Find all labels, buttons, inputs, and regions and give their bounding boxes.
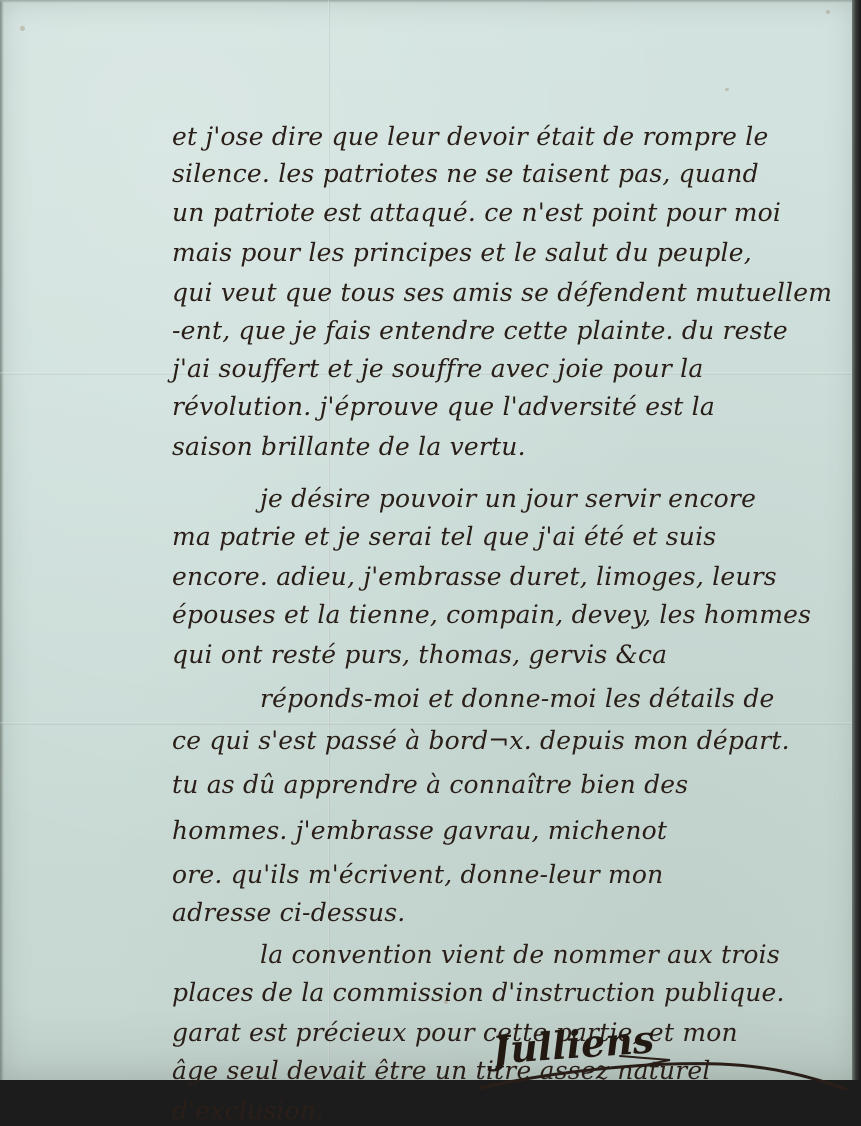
letter-line: mais pour les principes et le salut du p… [172,238,752,268]
letter-line: révolution. j'éprouve que l'adversité es… [172,392,715,422]
horizontal-fold-crease-lower [0,722,856,725]
letter-line: ce qui s'est passé à bord¬x. depuis mon … [172,726,790,756]
letter-page: et j'ose dire que leur devoir était de r… [0,0,856,1080]
paper-top-edge [0,0,856,3]
letter-line: encore. adieu, j'embrasse duret, limoges… [172,562,777,592]
letter-line: la con­vention vient de nommer aux trois [260,940,780,970]
letter-line: tu as dû apprendre à connaître bien des [172,770,688,800]
letter-line: -ent, que je fais entendre cette plainte… [172,316,788,346]
letter-line: un patriote est attaqué. ce n'est point … [172,198,781,228]
letter-line: hommes. j'embrasse gavrau, michenot [172,816,667,846]
letter-line: places de la commission d'instruction pu… [172,978,785,1008]
letter-line: réponds-moi et donne-moi les détails de [260,684,775,714]
letter-line: j'ai souffert et je souffre avec joie po… [172,354,703,384]
letter-line: et j'ose dire que leur devoir était de r… [172,122,769,152]
letter-line: qui ont resté purs, thomas, gervis &ca [172,640,667,670]
letter-line: adresse ci-dessus. [172,898,405,928]
letter-line: épouses et la tienne, compain, devey, le… [172,600,811,630]
paper-stain [20,26,25,31]
letter-line: silence. les patriotes ne se taisent pas… [172,159,759,189]
signature-flourish [470,1050,850,1080]
letter-line: je désire pouvoir un jour servir encore [260,484,756,514]
paper-right-edge [852,0,861,1080]
letter-line: ore. qu'ils m'écrivent, donne-leur mon [172,860,663,890]
letter-line: qui veut que tous ses amis se défendent … [172,278,832,308]
paper-stain [725,88,729,91]
paper-stain [826,10,830,14]
paper-left-edge [0,0,4,1080]
letter-line: ma patrie et je serai tel que j'ai été e… [172,522,716,552]
letter-line: saison brillante de la vertu. [172,432,526,462]
